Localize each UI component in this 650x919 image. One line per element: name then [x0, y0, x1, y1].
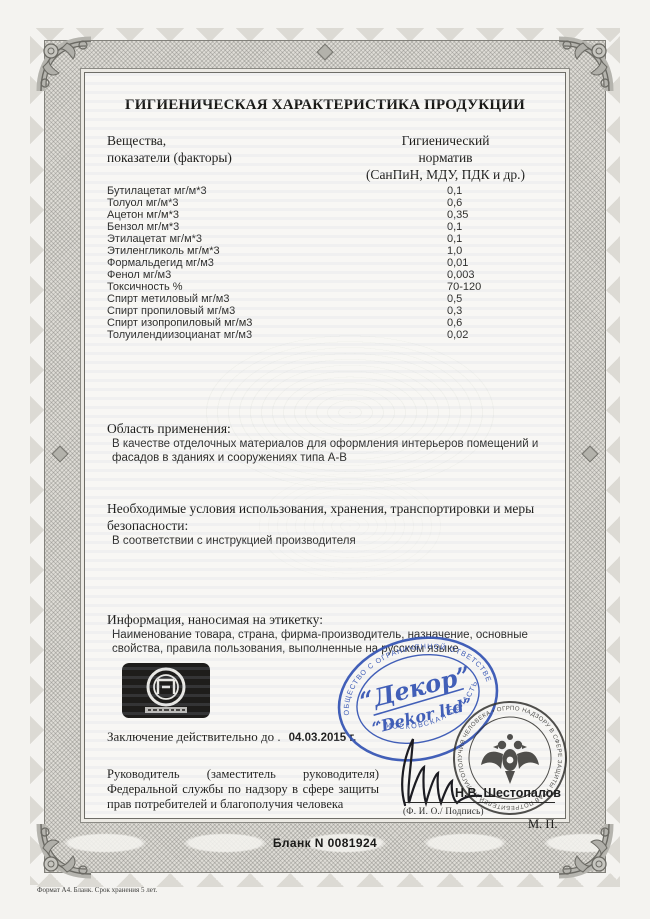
table-header-row: Вещества, показатели (факторы) Гигиениче… — [107, 132, 543, 183]
signer-name: Н.В. Шестопалов — [455, 786, 561, 800]
conclusion-label: Заключение действительно до . — [107, 729, 281, 744]
signature-line — [405, 802, 555, 803]
table-row: Ацетон мг/м*30,35 — [107, 209, 543, 221]
signature-caption: (Ф. И. О./ Подпись) — [403, 806, 484, 816]
blank-number: Бланк N 0081924 — [0, 836, 650, 850]
footer-note: Формат А4. Бланк. Срок хранения 5 лет. — [37, 886, 157, 894]
table-row: Толуол мг/м*30,6 — [107, 197, 543, 209]
frame-spiked-edge-bottom — [30, 873, 620, 887]
frame-corner-ornament-icon — [33, 820, 95, 882]
section-application: Область применения: В качестве отделочны… — [107, 420, 543, 465]
section-body: В качестве отделочных материалов для офо… — [112, 437, 543, 465]
section-heading: Область применения: — [107, 420, 543, 437]
table-row: Бензол мг/м*30,1 — [107, 221, 543, 233]
section-conditions: Необходимые условия использования, хране… — [107, 500, 543, 548]
signature-stroke — [395, 733, 487, 813]
section-body: В соответствии с инструкцией производите… — [112, 534, 543, 548]
column-header-norm: Гигиенический норматив (СанПиН, МДУ, ПДК… — [338, 132, 553, 183]
column-header-substances: Вещества, показатели (факторы) — [107, 132, 232, 183]
double-headed-eagle-icon — [481, 734, 539, 784]
official-title-block: Руководитель (заместитель руководителя) … — [107, 767, 379, 812]
certificate-page: ГИГИЕНИЧЕСКАЯ ХАРАКТЕРИСТИКА ПРОДУКЦИИ В… — [0, 0, 650, 919]
table-row: Этилацетат мг/м*30,1 — [107, 233, 543, 245]
frame-spiked-edge-right — [606, 30, 620, 885]
frame-corner-ornament-icon — [555, 820, 617, 882]
certificate-title: ГИГИЕНИЧЕСКАЯ ХАРАКТЕРИСТИКА ПРОДУКЦИИ — [107, 97, 543, 114]
table-row: Спирт пропиловый мг/м30,3 — [107, 305, 543, 317]
table-row: Спирт метиловый мг/м30,5 — [107, 293, 543, 305]
substances-table: Бутилацетат мг/м*30,1 Толуол мг/м*30,6 А… — [107, 185, 543, 341]
print-house-logo-icon — [121, 662, 211, 719]
table-row: Токсичность %70-120 — [107, 281, 543, 293]
table-row: Фенол мг/м30,003 — [107, 269, 543, 281]
security-watermark — [205, 335, 495, 490]
table-row: Спирт изопропиловый мг/м30,6 — [107, 317, 543, 329]
seal-place-mark: М. П. — [528, 817, 558, 832]
table-row: Формальдегид мг/м30,01 — [107, 257, 543, 269]
table-row: Бутилацетат мг/м*30,1 — [107, 185, 543, 197]
table-row: Толуилендиизоцианат мг/м30,02 — [107, 329, 543, 341]
table-row: Этиленгликоль мг/м*31,0 — [107, 245, 543, 257]
section-heading: Необходимые условия использования, хране… — [107, 500, 543, 534]
frame-spiked-edge-left — [30, 30, 44, 885]
